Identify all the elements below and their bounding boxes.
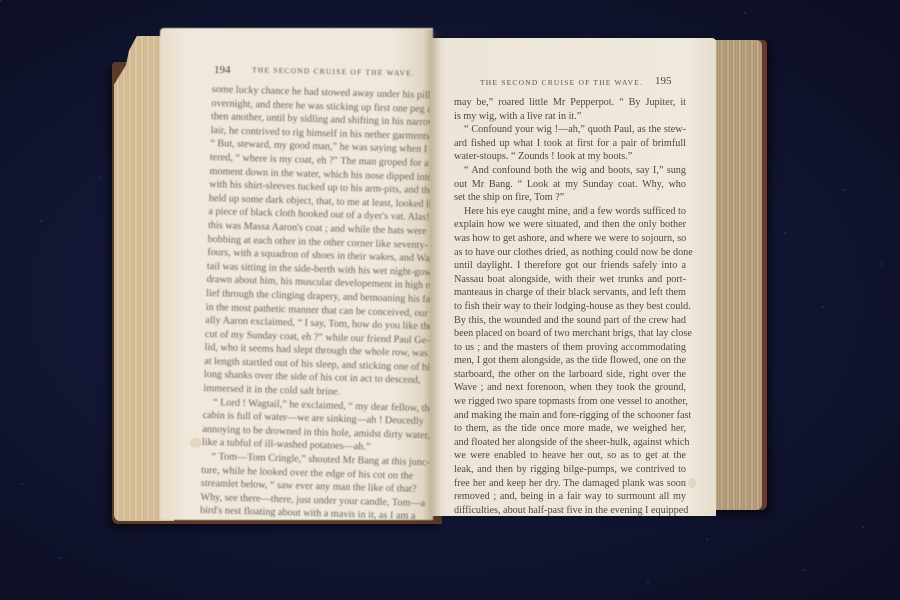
open-book: 194 THE SECOND CRUISE OF THE WAVE. some … bbox=[0, 0, 900, 600]
running-head-left: THE SECOND CRUISE OF THE WAVE. bbox=[252, 65, 415, 77]
text-line: to fish their way to their lodging-house… bbox=[454, 300, 686, 314]
paper-stain bbox=[190, 438, 202, 448]
text-line: water-stoups. “ Zounds ! look at my boot… bbox=[454, 150, 686, 164]
book-gutter bbox=[423, 30, 441, 520]
text-line: free her and keep her dry. The damaged p… bbox=[454, 477, 686, 491]
text-line: out Mr Bang. “ Look at my Sunday coat. W… bbox=[454, 178, 686, 192]
text-line: is my wig, with a live rat in it.” bbox=[454, 110, 686, 124]
paper-stain bbox=[688, 478, 696, 488]
text-line: difficulties, about half-past five in th… bbox=[454, 504, 686, 516]
text-line: leak, and then by rigging bilge-pumps, w… bbox=[454, 463, 686, 477]
text-line: to us ; and the masters of them proving … bbox=[454, 341, 686, 355]
text-line: starboard, the other on the larboard sid… bbox=[454, 368, 686, 382]
text-line: “ And confound both the wig and boots, s… bbox=[454, 164, 686, 178]
text-line: explain how we were situated, and then t… bbox=[454, 218, 686, 232]
left-page-body: some lucky chance he had stowed away und… bbox=[199, 83, 424, 520]
text-line: we were enabled to heave her out, so as … bbox=[454, 449, 686, 463]
text-line: removed ; and, being in a fair way to su… bbox=[454, 490, 686, 504]
page-edges-right bbox=[712, 40, 762, 510]
text-line: to them, as the tide once more made, we … bbox=[454, 422, 686, 436]
right-page: THE SECOND CRUISE OF THE WAVE. 195 may b… bbox=[430, 38, 716, 516]
running-head-right: THE SECOND CRUISE OF THE WAVE. bbox=[480, 78, 643, 87]
text-line: men, I got them alongside, as the tide f… bbox=[454, 354, 686, 368]
text-line: as to have our clothes dried, as nothing… bbox=[454, 246, 686, 260]
text-line: set the ship on fire, Tom ?” bbox=[454, 191, 686, 205]
text-line: By this, the wounded and the sound part … bbox=[454, 314, 686, 328]
text-line: Here his eye caught mine, and a few word… bbox=[454, 205, 686, 219]
right-page-body: may be,” roared little Mr Pepperpot. “ B… bbox=[454, 96, 686, 516]
page-number-left: 194 bbox=[214, 64, 231, 76]
text-line: Nassau boat alongside, with their wet tr… bbox=[454, 273, 686, 287]
paper-stain bbox=[580, 206, 590, 216]
text-line: we rigged two spare topmasts from one ve… bbox=[454, 395, 686, 409]
text-line: may be,” roared little Mr Pepperpot. “ B… bbox=[454, 96, 686, 110]
text-line: ard fished up what I took at first for a… bbox=[454, 137, 686, 151]
text-line: was how to get ashore, and where we were… bbox=[454, 232, 686, 246]
text-line: and making the main and fore-rigging of … bbox=[454, 409, 686, 423]
page-number-right: 195 bbox=[655, 75, 672, 87]
text-line: Wave ; and next forenoon, when they took… bbox=[454, 381, 686, 395]
text-line: until daylight. I therefore got our frie… bbox=[454, 259, 686, 273]
text-line: been placed on board of two merchant bri… bbox=[454, 327, 686, 341]
left-page: 194 THE SECOND CRUISE OF THE WAVE. some … bbox=[160, 28, 433, 520]
text-line: and floated her alongside of the sheer-h… bbox=[454, 436, 686, 450]
text-line: manteaus in charge of their black servan… bbox=[454, 286, 686, 300]
text-line: “ Confound your wig !—ah,” quoth Paul, a… bbox=[454, 123, 686, 137]
